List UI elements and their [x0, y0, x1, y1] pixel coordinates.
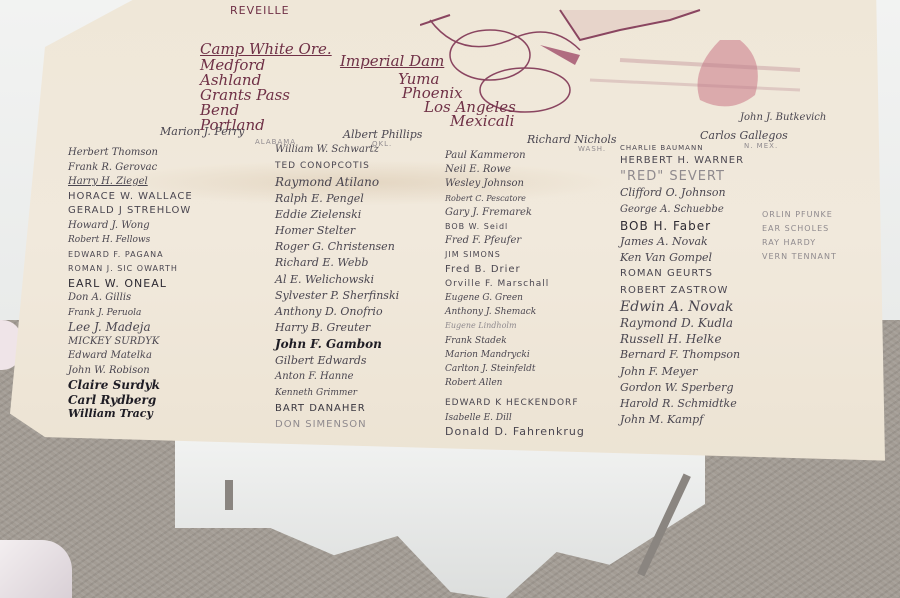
signature: Frank R. Gerovac [68, 161, 193, 176]
signature-column-1: Herbert Thomson Frank R. Gerovac Harry H… [68, 146, 193, 422]
signature: BOB W. Seidl [445, 220, 585, 234]
signature-column-3: Paul Kammeron Neil E. Rowe Wesley Johnso… [445, 149, 585, 439]
slipper [0, 540, 72, 598]
signature: Gordon W. Sperberg [620, 380, 744, 396]
signature: Claire Surdyk [68, 378, 193, 393]
signature: Gilbert Edwards [275, 353, 399, 369]
signature: Eugene G. Green [445, 291, 585, 305]
signature: ROBERT ZASTROW [620, 283, 744, 299]
signature: Russell H. Helke [620, 331, 744, 347]
signature: JIM SIMONS [445, 248, 585, 262]
signature: Gary J. Fremarek [445, 206, 585, 220]
signature: Anthony J. Shemack [445, 305, 585, 319]
signature: BART DANAHER [275, 401, 399, 417]
signature: Lee J. Madeja [68, 320, 193, 335]
signature: Sylvester P. Sherfinski [275, 288, 399, 304]
signature: HORACE W. WALLACE [68, 190, 193, 205]
signature: MICKEY SURDYK [68, 335, 193, 350]
signature: Harry H. Ziegel [68, 175, 193, 190]
signature: Ralph E. Pengel [275, 191, 399, 207]
signature: Paul Kammeron [445, 149, 585, 163]
signature: Don A. Gillis [68, 291, 193, 306]
signature: EARL W. ONEAL [68, 277, 193, 292]
signature: Homer Stelter [275, 223, 399, 239]
signature: Roger G. Christensen [275, 239, 399, 255]
signature: ORLIN PFUNKE [762, 208, 837, 222]
signature: TED CONOPCOTIS [275, 158, 399, 174]
signature: James A. Novak [620, 234, 744, 250]
signature: EAR SCHOLES [762, 222, 837, 236]
signature: Fred B. Drier [445, 263, 585, 277]
signature: Eddie Zielenski [275, 207, 399, 223]
signature: Bernard F. Thompson [620, 347, 744, 363]
signature: Anton F. Hanne [275, 369, 399, 385]
signature: Raymond Atilano [275, 174, 399, 190]
signature-column-5: ORLIN PFUNKE EAR SCHOLES RAY HARDY VERN … [762, 208, 837, 264]
signature: Isabelle E. Dill [445, 411, 585, 425]
signature: Robert Allen [445, 376, 585, 390]
signature: Frank Stadek [445, 334, 585, 348]
signature: "RED" SEVERT [620, 169, 744, 185]
signature: Robert H. Fellows [68, 233, 193, 248]
city: Mexicali [450, 112, 514, 130]
signature: Eugene Lindholm [445, 319, 585, 333]
reveille-label: REVEILLE [230, 4, 290, 17]
signature: John W. Robison [68, 364, 193, 379]
signature: GERALD J STREHLOW [68, 204, 193, 219]
signature-column-4: CHARLIE BAUMANN HERBERT H. WARNER "RED" … [620, 144, 744, 428]
state-note: N. MEX. [744, 142, 778, 150]
camp-white-list: Camp White Ore. Medford Ashland Grants P… [200, 40, 332, 133]
table-leg [225, 480, 233, 510]
signature: Edward Matelka [68, 349, 193, 364]
signature: John F. Gambon [275, 336, 399, 352]
signature: Neil E. Rowe [445, 163, 585, 177]
signature: Carlton J. Steinfeldt [445, 362, 585, 376]
signature: Wesley Johnson [445, 177, 585, 191]
signature: William Tracy [68, 407, 193, 422]
signature: CHARLIE BAUMANN [620, 144, 744, 153]
signature: Clifford O. Johnson [620, 185, 744, 201]
signature: Anthony D. Onofrio [275, 304, 399, 320]
signature: Edwin A. Novak [620, 299, 744, 315]
signature: ROMAN GEURTS [620, 266, 744, 282]
signature: John J. Butkevich [740, 112, 826, 123]
signature: Robert C. Pescatore [445, 192, 585, 206]
signature: Donald D. Fahrenkrug [445, 425, 585, 439]
signature: BOB H. Faber [620, 218, 744, 234]
signature: William W. Schwartz [275, 142, 399, 158]
signature: Marion J. Perry [160, 125, 245, 138]
signature: RAY HARDY [762, 236, 837, 250]
signature: EDWARD K HECKENDORF [445, 396, 585, 410]
signature: Kenneth Grimmer [275, 385, 399, 401]
signature: Ken Van Gompel [620, 250, 744, 266]
signature: HERBERT H. WARNER [620, 153, 744, 169]
signature: Carl Rydberg [68, 393, 193, 408]
signature: Carlos Gallegos [700, 129, 788, 142]
signature: Al E. Welichowski [275, 272, 399, 288]
dam-heading: Imperial Dam [340, 52, 444, 70]
signature: EDWARD F. PAGANA [68, 248, 193, 263]
signature: Harold R. Schmidtke [620, 396, 744, 412]
signature: Frank J. Peruola [68, 306, 193, 321]
signature: Raymond D. Kudla [620, 315, 744, 331]
signature: John F. Meyer [620, 364, 744, 380]
signature: Herbert Thomson [68, 146, 193, 161]
signature: Richard E. Webb [275, 255, 399, 271]
signature: Howard J. Wong [68, 219, 193, 234]
signature: Marion Mandrycki [445, 348, 585, 362]
signature: Fred F. Pfeufer [445, 234, 585, 248]
signature-column-2: William W. Schwartz TED CONOPCOTIS Raymo… [275, 142, 399, 434]
signature: John M. Kampf [620, 412, 744, 428]
signature: Orville F. Marschall [445, 277, 585, 291]
signature: VERN TENNANT [762, 250, 837, 264]
signature: ROMAN J. SIC OWARTH [68, 262, 193, 277]
signature: DON SIMENSON [275, 417, 399, 433]
signature: George A. Schuebbe [620, 202, 744, 218]
signature: Harry B. Greuter [275, 320, 399, 336]
